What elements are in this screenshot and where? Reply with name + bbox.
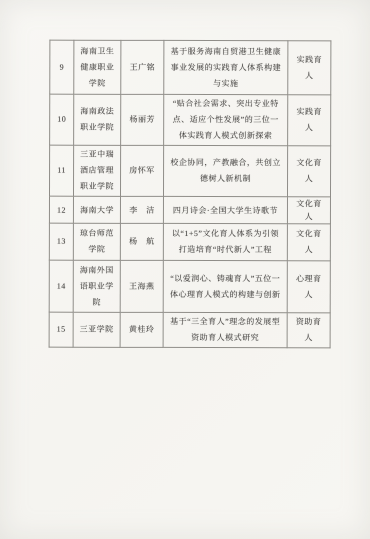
cell-project: 四月诗会·全国大学生诗歌节 (163, 196, 287, 223)
cell-leader: 杨 航 (120, 223, 163, 260)
cell-leader: 黄桂玲 (120, 312, 163, 347)
table-row: 15三亚学院黄桂玲基于“三全育人”理念的发展型资助育人模式研究资助育人 (49, 312, 330, 348)
cell-project: “以爱润心、铸魂育人”五位一体心理育人模式的构建与创新 (163, 260, 287, 312)
cell-school: 三亚学院 (73, 312, 120, 347)
cell-leader: 房怀军 (120, 145, 163, 196)
cell-category: 实践育人 (288, 41, 331, 95)
cell-project: 基于服务海南自贸港卫生健康事业发展的实践育人体系构建与实施 (164, 40, 288, 94)
cell-school: 海南政法职业学院 (74, 94, 121, 145)
cell-no: 14 (49, 260, 73, 312)
table-row: 12海南大学李 洁四月诗会·全国大学生诗歌节文化育人 (49, 196, 330, 224)
cell-project: 基于“三全育人”理念的发展型资助育人模式研究 (163, 312, 287, 347)
cell-school: 琼台师范学院 (73, 223, 120, 260)
cell-school: 三亚中瑞酒店管理职业学院 (73, 145, 120, 196)
cell-no: 11 (49, 145, 73, 196)
cell-no: 15 (49, 312, 73, 347)
cell-no: 12 (49, 196, 73, 223)
table-row: 13琼台师范学院杨 航以“1+5”文化育人体系为引领打造培育“时代新人”工程文化… (49, 223, 330, 261)
cell-leader: 杨丽芳 (121, 94, 164, 145)
cell-school: 海南卫生健康职业学院 (74, 40, 121, 94)
projects-table: 9海南卫生健康职业学院王广铭基于服务海南自贸港卫生健康事业发展的实践育人体系构建… (49, 40, 332, 349)
cell-no: 9 (50, 40, 74, 94)
scanned-page: 9海南卫生健康职业学院王广铭基于服务海南自贸港卫生健康事业发展的实践育人体系构建… (0, 0, 370, 539)
table-row: 9海南卫生健康职业学院王广铭基于服务海南自贸港卫生健康事业发展的实践育人体系构建… (50, 40, 331, 95)
cell-project: 校企协同，产教融合，共创立德树人新机制 (163, 145, 287, 196)
cell-no: 13 (49, 223, 73, 260)
cell-category: 心理育人 (287, 261, 330, 313)
cell-school: 海南外国语职业学院 (73, 260, 120, 312)
cell-category: 资助育人 (287, 313, 330, 348)
table-row: 11三亚中瑞酒店管理职业学院房怀军校企协同，产教融合，共创立德树人新机制文化育人 (49, 145, 330, 197)
cell-category: 实践育人 (288, 95, 331, 146)
cell-project: “贴合社会需求、突出专业特点、适应个性发展”的三位一体实践育人模式创新探索 (164, 94, 288, 145)
projects-table-body: 9海南卫生健康职业学院王广铭基于服务海南自贸港卫生健康事业发展的实践育人体系构建… (49, 40, 331, 348)
table-row: 10海南政法职业学院杨丽芳“贴合社会需求、突出专业特点、适应个性发展”的三位一体… (50, 94, 331, 146)
cell-category: 文化育人 (287, 146, 330, 197)
cell-leader: 王海燕 (120, 260, 163, 312)
cell-leader: 李 洁 (120, 196, 163, 223)
cell-no: 10 (50, 94, 74, 145)
cell-category: 文化育人 (287, 224, 330, 261)
cell-project: 以“1+5”文化育人体系为引领打造培育“时代新人”工程 (163, 223, 287, 260)
table-row: 14海南外国语职业学院王海燕“以爱润心、铸魂育人”五位一体心理育人模式的构建与创… (49, 260, 330, 313)
cell-category: 文化育人 (287, 197, 330, 224)
cell-leader: 王广铭 (121, 40, 164, 94)
cell-school: 海南大学 (73, 196, 120, 223)
